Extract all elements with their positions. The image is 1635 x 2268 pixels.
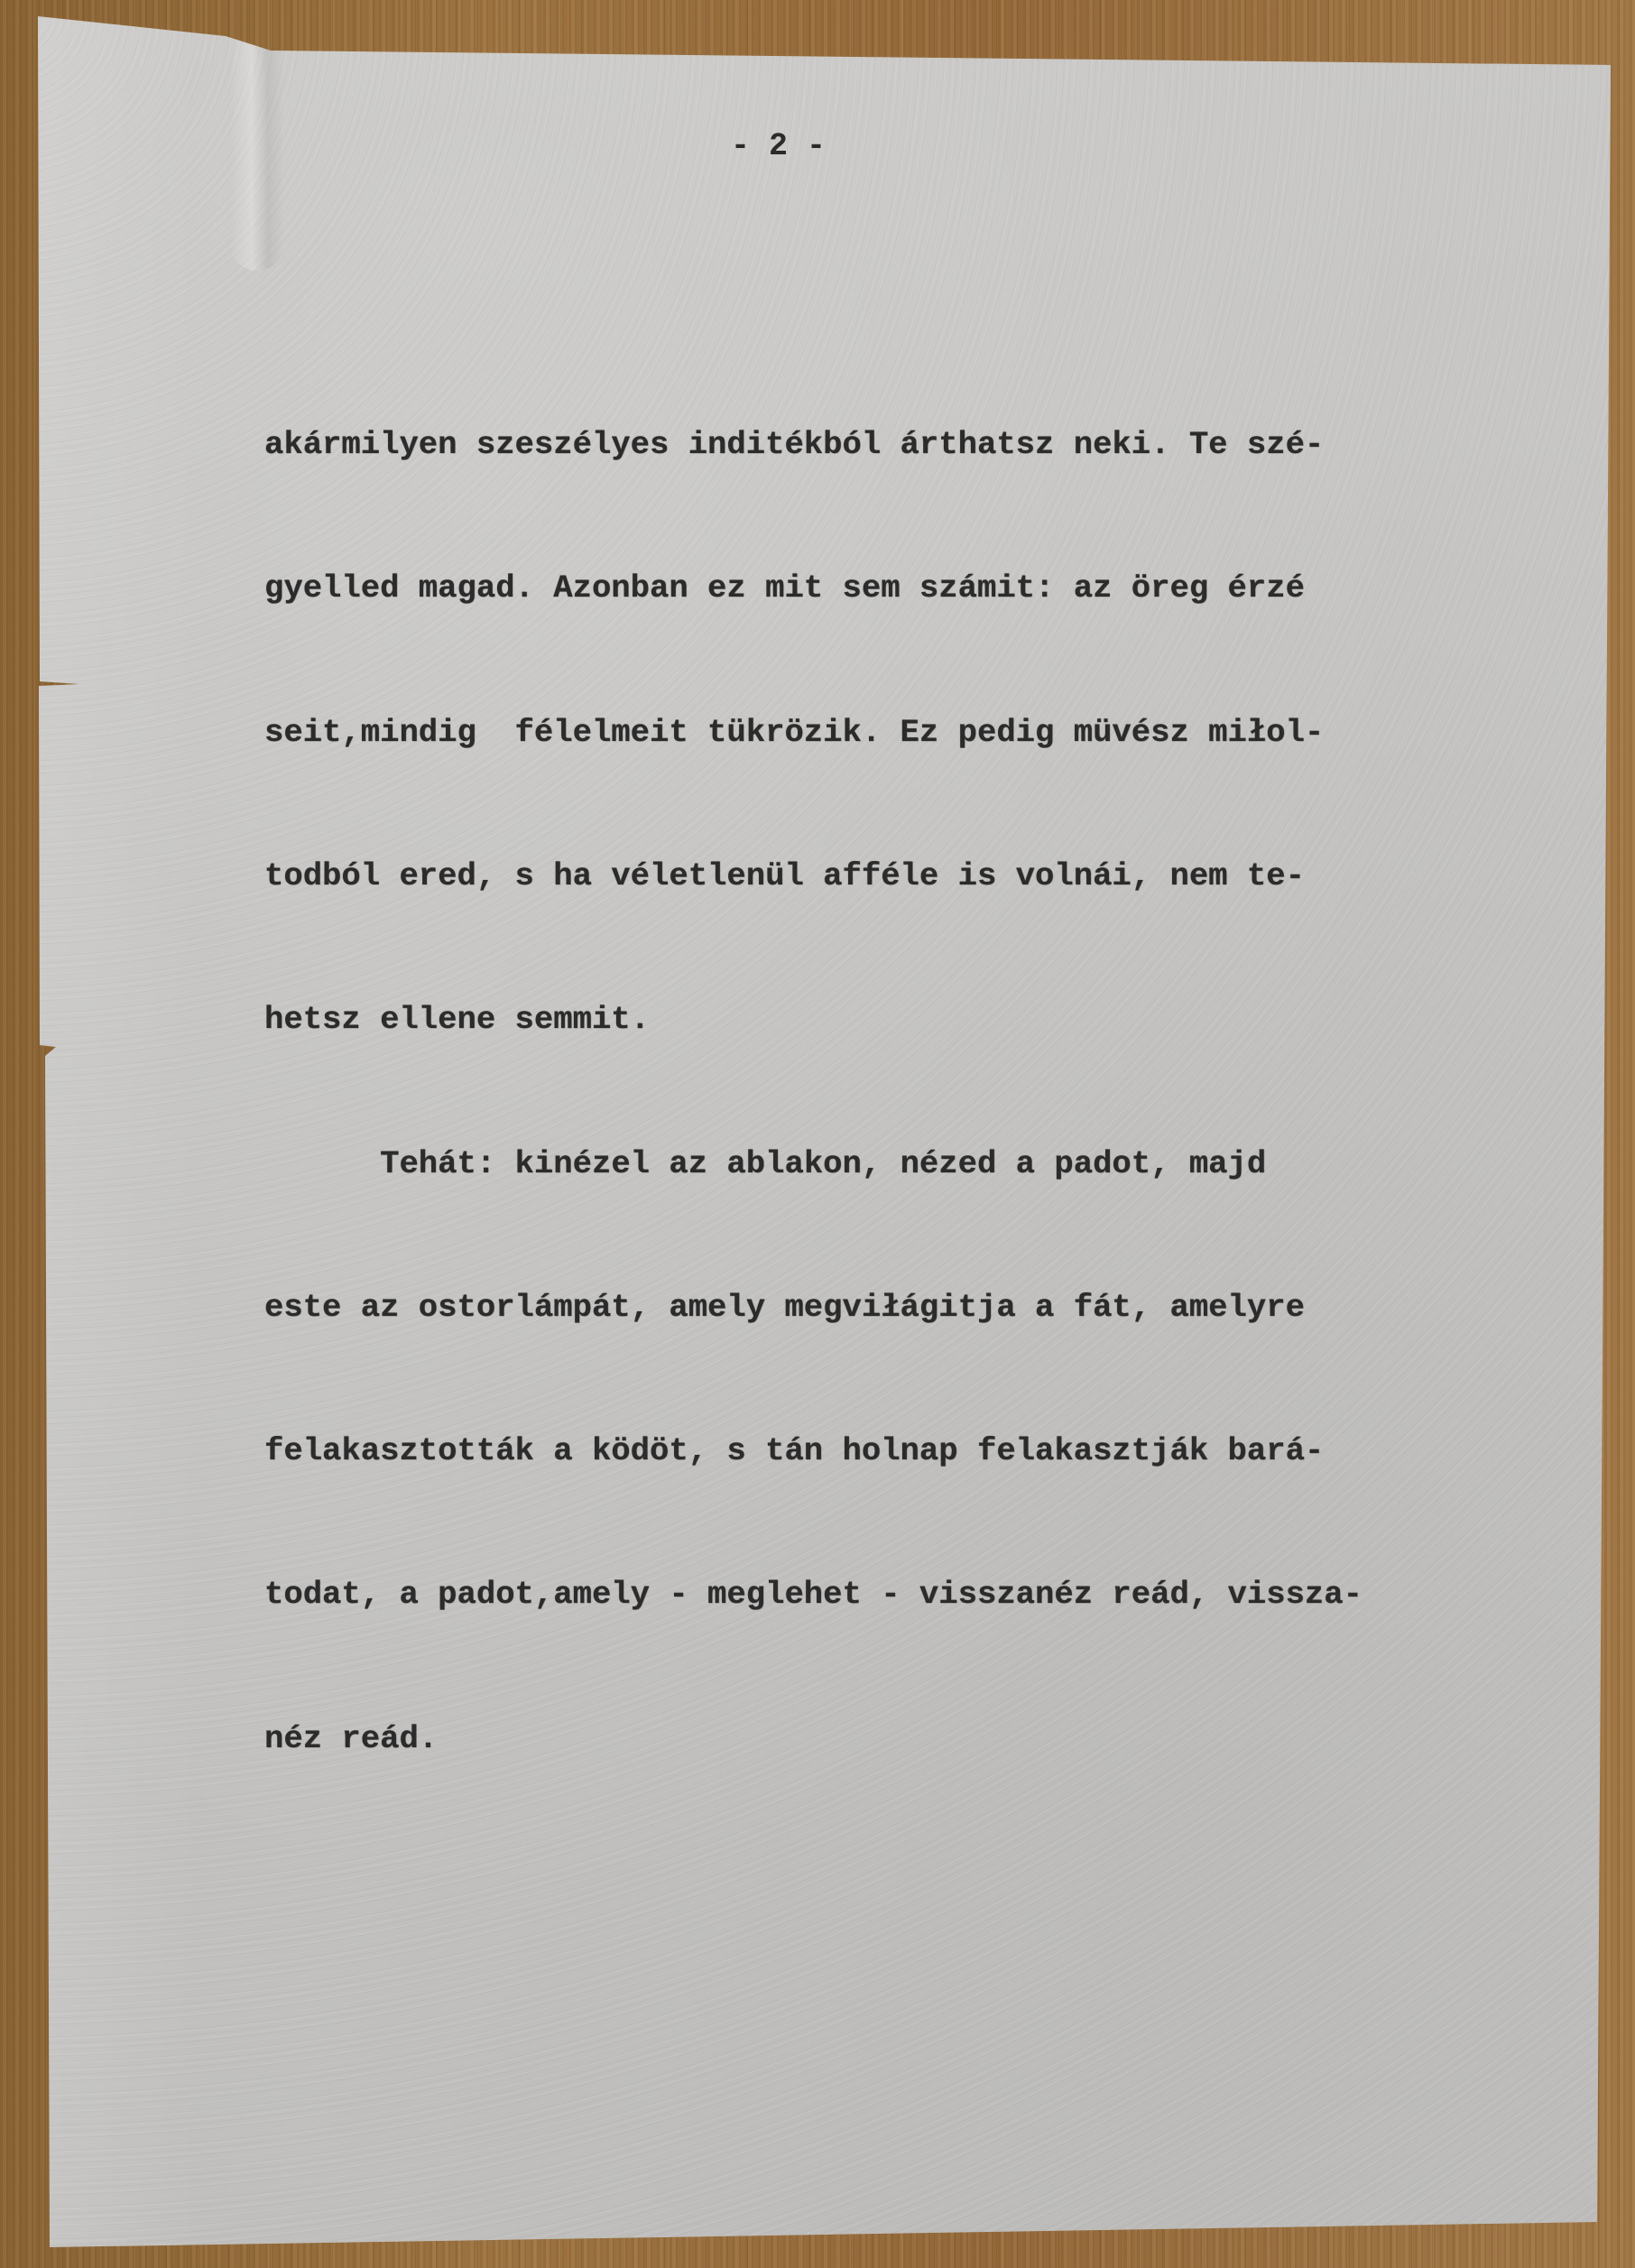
paper-fold-crease (230, 36, 284, 271)
text-line-7: este az ostorlámpát, amely megviłágitja … (264, 1283, 1362, 1331)
text-line-3: seit,mindig félelmeit tükrözik. Ez pedig… (264, 708, 1362, 756)
text-line-8: felakasztották a ködöt, s tán holnap fel… (264, 1427, 1362, 1475)
text-line-2: gyelled magad. Azonban ez mit sem számit… (264, 564, 1362, 612)
paper-edge-highlight (38, 18, 200, 2247)
page-number: - 2 - (731, 128, 826, 164)
text-line-4: todból ered, s ha véletlenül afféle is v… (264, 852, 1362, 900)
text-line-10: néz reád. (264, 1715, 1362, 1763)
text-line-9: todat, a padot,amely - meglehet - vissza… (264, 1570, 1362, 1618)
text-line-6-paragraph-start: Tehát: kinézel az ablakon, nézed a padot… (264, 1140, 1362, 1188)
typewritten-page: - 2 - akármilyen szeszélyes inditékból á… (0, 0, 1635, 2268)
text-line-1: akármilyen szeszélyes inditékból árthats… (264, 421, 1362, 468)
typed-body-text: akármilyen szeszélyes inditékból árthats… (264, 325, 1362, 1858)
text-line-5: hetsz ellene semmit. (264, 995, 1362, 1043)
